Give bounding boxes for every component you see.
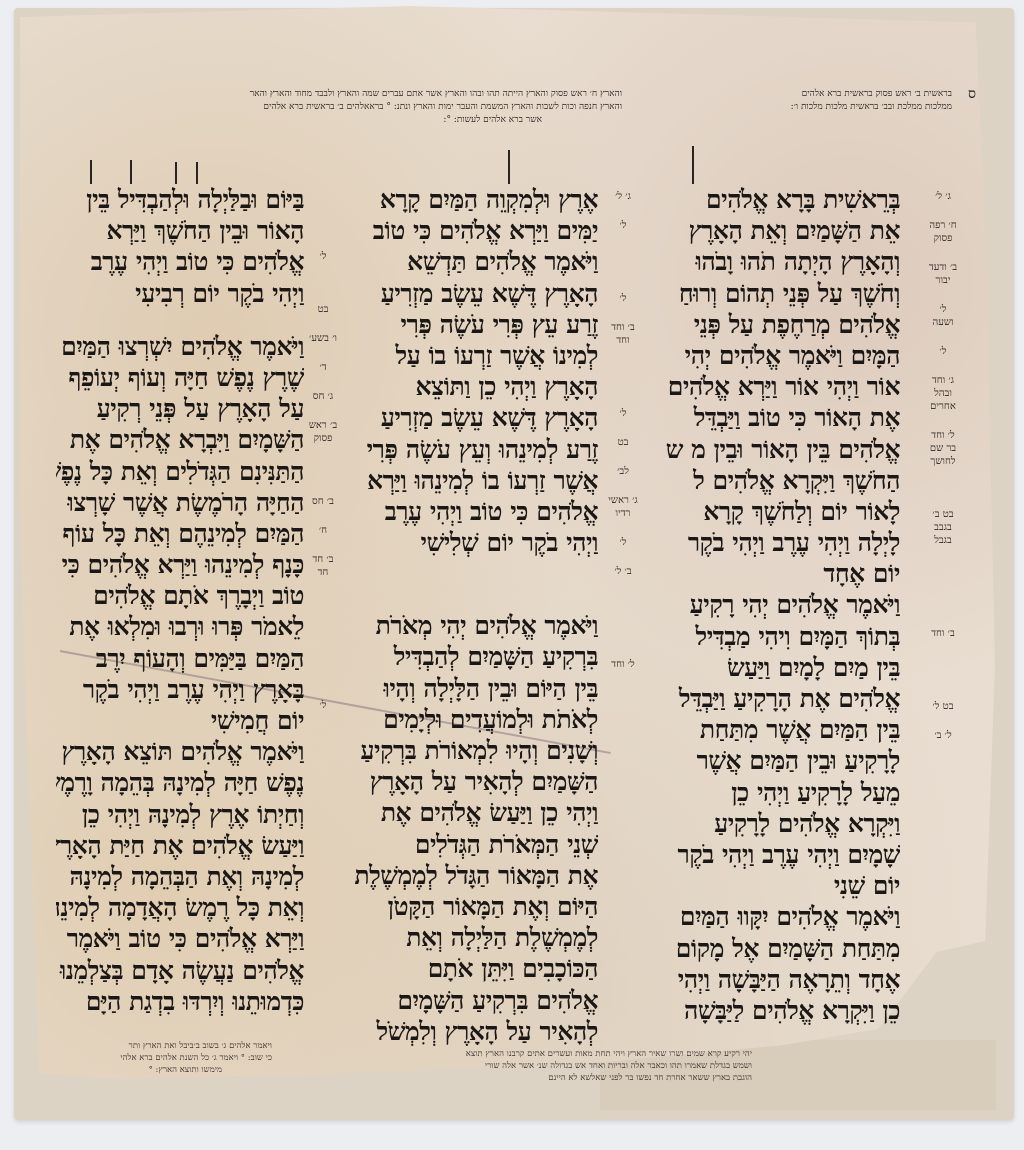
text-line: וַיְהִי בֹקֶר יוֹם שְׁלִישִׁי (348, 527, 598, 558)
text-column-middle: אֶרֶץ וּלְמִקְוֵה הַמַּיִם קָרָא יַמִּים… (348, 184, 598, 1047)
text-line: מֵעַל לָרָקִיעַ וַיְהִי כֵן (655, 777, 900, 808)
text-line: בַּיּוֹם וּבַלַּיְלָה וּלְהַבְדִּיל בֵּי… (56, 184, 304, 215)
page-number: ס (968, 86, 976, 103)
masora-note: ו׳ בשע׳ (308, 332, 338, 345)
masora-note: ג׳ ל׳ (928, 190, 958, 203)
masora-note: ד׳ (308, 361, 338, 374)
text-line: הָאָרֶץ וַיְהִי כֵן וַתּוֹצֵא (348, 371, 598, 402)
text-line: וַיֹּאמֶר אֱלֹהִים יְהִי רָקִיעַ (655, 589, 900, 620)
text-line: אֱלֹהִים כִּי טוֹב וַיְהִי עֶרֶב (348, 496, 598, 527)
masora-top-left: והארץ ח׳ ראש פסוק והארץ הייתה תהו ובהו ו… (62, 88, 622, 127)
masora-note: ל׳ (308, 250, 338, 263)
text-line: יוֹם אֶחָד (655, 558, 900, 589)
text-line: לְמִינָהּ וְאֶת הַבְּהֵמָה לְמִינָהּ (56, 861, 304, 892)
text-line: בֵּין הַמַּיִם אֲשֶׁר מִתַּחַת (655, 714, 900, 745)
masora-note: ב׳ חס (308, 495, 338, 508)
masora-note: בט ב׳ בגבב בגבל (928, 508, 958, 547)
masora-note: ל׳ ב׳ (928, 729, 958, 742)
text-line: הַחַיָּה הָרֹמֶשֶׂת אֲשֶׁר שָׁרְצוּ (56, 487, 304, 518)
text-line: וַיֹּאמֶר אֱלֹהִים יְהִי מְאֹרֹת (348, 610, 598, 641)
masora-middle-left: ל׳ בט ו׳ בשע׳ ד׳ ג׳ חס ב׳ ראש פסוק ב׳ חס… (308, 250, 338, 728)
text-line: הַשָּׁמַיִם לְהָאִיר עַל הָאָרֶץ (348, 766, 598, 797)
text-line: אֱלֹהִים בִּרְקִיעַ הַשָּׁמָיִם (348, 985, 598, 1016)
masora-note: ל׳ וחד (608, 658, 638, 671)
text-line: לְאֹתֹת וּלְמוֹעֲדִים וּלְיָמִים (348, 704, 598, 735)
masora-far-right: ג׳ ל׳ ח׳ רפה פסוק ב׳ ודעד יבור ל׳ ושעה ל… (928, 190, 958, 758)
masora-line: יהי רקיע קרא שמים ושרו שאיר הארץ ויהי תח… (352, 1048, 752, 1060)
masora-note: ל׳ (608, 536, 638, 549)
text-column-right: בְּרֵאשִׁית בָּרָא אֱלֹהִים אֵת הַשָּׁמַ… (655, 184, 900, 1026)
text-line: אֵת הַשָּׁמַיִם וְאֵת הָאָרֶץ (655, 215, 900, 246)
text-line: כִּדְמוּתֵנוּ וְיִרְדּוּ בִדְגַת הַיָּם (56, 986, 304, 1017)
masora-bottom-left: ויאמר אלהים ג׳ בשוב ב׳ביבל ואת הארץ ותר … (62, 1040, 272, 1076)
text-line: כֵן וַיִּקְרָא אֱלֹהִים לַיַּבָּשָׁה (655, 995, 900, 1026)
lamed-ascender (90, 160, 92, 184)
text-line: בְּרֵאשִׁית בָּרָא אֱלֹהִים (655, 184, 900, 215)
lamed-ascender (196, 162, 198, 184)
text-line: וַיַּעַשׂ אֱלֹהִים אֶת חַיַּת הָאָרֶץ (56, 830, 304, 861)
masora-line: והארץ ח׳ ראש פסוק והארץ הייתה תהו ובהו ו… (62, 88, 622, 101)
text-line: הַמַּיִם לְמִינֵהֶם וְאֵת כָּל עוֹף (56, 518, 304, 549)
text-line: אֱלֹהִים אֶת הָרָקִיעַ וַיַּבְדֵּל (655, 683, 900, 714)
text-line: וַיִּקְרָא אֱלֹהִים לָרָקִיעַ (655, 808, 900, 839)
masora-note: ג׳ וחד ובהל אחרים (928, 374, 958, 413)
masora-note: ב׳ ל׳ (608, 565, 638, 578)
text-line: וְחֹשֶׁךְ עַל פְּנֵי תְהוֹם וְרוּחַ (655, 278, 900, 309)
masora-note: ל׳ (608, 407, 638, 420)
text-line: עַל הָאָרֶץ עַל פְּנֵי רְקִיעַ (56, 393, 304, 424)
text-line: לְמִינוֹ אֲשֶׁר זַרְעוֹ בוֹ עַל (348, 340, 598, 371)
text-line: וַיֹּאמֶר אֱלֹהִים תּוֹצֵא הָאָרֶץ (56, 736, 304, 767)
masora-line: כי שוב: ° ויאמר ג׳ כל השנת אלהים ברא אלה… (62, 1052, 272, 1064)
text-line: לֵאמֹר פְּרוּ וּרְבוּ וּמִלְאוּ אֶת (56, 611, 304, 642)
text-line: הַכּוֹכָבִים וַיִּתֵּן אֹתָם (348, 953, 598, 984)
masora-note: ב׳ ראש פסוק (308, 419, 338, 445)
text-line: לְמֶמְשֶׁלֶת הַלַּיְלָה וְאֵת (348, 922, 598, 953)
text-line: הַמַּיִם בַּיַּמִּים וְהָעוֹף יִרֶב (56, 643, 304, 674)
text-line: אֲשֶׁר זַרְעוֹ בוֹ לְמִינֵהוּ וַיַּרְא (348, 465, 598, 496)
masora-bottom-middle: יהי רקיע קרא שמים ושרו שאיר הארץ ויהי תח… (352, 1048, 752, 1084)
masora-note: לב׳ (608, 465, 638, 478)
text-line: אֶת הָאוֹר כִּי טוֹב וַיַּבְדֵּל (655, 402, 900, 433)
text-line: וַיְהִי בֹקֶר יוֹם רְבִיעִי (56, 278, 304, 309)
text-line: שֶׁרֶץ נֶפֶשׁ חַיָּה וְעוֹף יְעוֹפֵף (56, 362, 304, 393)
lamed-ascender (508, 150, 510, 184)
masora-note: ל׳ (608, 292, 638, 305)
text-line: לָאוֹר יוֹם וְלַחֹשֶׁךְ קָרָא (655, 496, 900, 527)
masora-note: ב׳ וחד (928, 627, 958, 640)
text-line: וַיֹּאמֶר אֱלֹהִים יִשְׁרְצוּ הַמַּיִם (56, 331, 304, 362)
text-line: אֶרֶץ וּלְמִקְוֵה הַמַּיִם קָרָא (348, 184, 598, 215)
text-line: אֱלֹהִים נַעֲשֶׂה אָדָם בְּצַלְמֵנוּ (56, 955, 304, 986)
masora-note: ב׳ וחד וחד (608, 321, 638, 347)
masora-right-middle: ג׳ ל׳ ל׳ ל׳ ב׳ וחד וחד ל׳ בט לב׳ ג׳ ראשי… (608, 190, 638, 687)
masora-note: ל׳ וחד בר שם לחושך (928, 429, 958, 468)
text-line: וְחַיְתוֹ אֶרֶץ לְמִינָהּ וַיְהִי כֵן (56, 799, 304, 830)
text-line: וְשָׁנִים וְהָיוּ לִמְאוֹרֹת בִּרְקִיעַ (348, 735, 598, 766)
masora-note: ל׳ ושעה (928, 303, 958, 329)
masora-note: ח׳ רפה פסוק (928, 219, 958, 245)
masora-note: ג׳ ראשי רדיו (608, 494, 638, 520)
masora-note: ב׳ חד חד (308, 553, 338, 579)
text-line: הָאָרֶץ דֶּשֶׁא עֵשֶׂב מַזְרִיעַ (348, 278, 598, 309)
lamed-ascender (175, 162, 177, 184)
text-line: הָאוֹר וּבֵין הַחֹשֶׁךְ וַיַּרְא (56, 215, 304, 246)
text-line: הַשָּׁמָיִם וַיִּבְרָא אֱלֹהִים אֶת (56, 424, 304, 455)
text-line: אֱלֹהִים בֵּין הָאוֹר וּבֵין מ ש (655, 434, 900, 465)
masora-note: ג׳ חס (308, 390, 338, 403)
text-line: אוֹר וַיְהִי אוֹר וַיַּרְא אֱלֹהִים (655, 371, 900, 402)
text-line: וַיַּרְא אֱלֹהִים כִּי טוֹב וַיֹּאמֶר (56, 923, 304, 954)
text-line: וְאֵת כָּל רֶמֶשׂ הָאֲדָמָה לְמִינֵהוּ (56, 892, 304, 923)
masora-line: הוגבת בארץ ששאר אחרת חד נפשו בר לפני שאל… (352, 1072, 752, 1084)
masora-note: ב׳ ודעד יבור (928, 261, 958, 287)
text-line: זֶרַע עֵץ פְּרִי עֹשֶׂה פְּרִי (348, 309, 598, 340)
text-column-left: בַּיּוֹם וּבַלַּיְלָה וּלְהַבְדִּיל בֵּי… (56, 184, 304, 1017)
text-line: יוֹם חֲמִישִׁי (56, 705, 304, 736)
text-line: כָּנָף לְמִינֵהוּ וַיַּרְא אֱלֹהִים כִּי (56, 549, 304, 580)
text-line: לָרָקִיעַ וּבֵין הַמַּיִם אֲשֶׁר (655, 745, 900, 776)
text-line: בֵּין מַיִם לָמָיִם וַיַּעַשׂ (655, 652, 900, 683)
masora-line: אשר ברא אלהים לעשות: °: (62, 114, 622, 127)
text-line: שָׁמָיִם וַיְהִי עֶרֶב וַיְהִי בֹקֶר (655, 839, 900, 870)
text-line: הַתַּנִּינִם הַגְּדֹלִים וְאֵת כָּל נֶפֶ… (56, 456, 304, 487)
masora-line: והארץ חנפה וכות לשבות והארץ המשמת והעבר … (62, 101, 622, 114)
masora-line: בראשית ב׳ ראש פסוק בראשית ברא אלהים (662, 88, 952, 101)
text-line: טוֹב וַיְבָרֶךְ אֹתָם אֱלֹהִים (56, 580, 304, 611)
masora-top-right: בראשית ב׳ ראש פסוק בראשית ברא אלהים ממלכ… (662, 88, 952, 114)
masora-note: בט (608, 436, 638, 449)
masora-note: ג׳ ל׳ (608, 190, 638, 203)
text-line: אֶחָד וְתֵרָאֶה הַיַּבָּשָׁה וַיְהִי (655, 964, 900, 995)
text-line: וַיְהִי כֵן וַיַּעַשׂ אֱלֹהִים אֶת (348, 797, 598, 828)
lamed-ascender (130, 160, 132, 184)
masora-note: בט (308, 303, 338, 316)
text-line: זֶרַע לְמִינֵהוּ וְעֵץ עֹשֶׂה פְּרִי (348, 434, 598, 465)
text-line: וַיֹּאמֶר אֱלֹהִים יִקָּווּ הַמַּיִם (655, 901, 900, 932)
masora-note: ל׳ (308, 699, 338, 712)
masora-line: ויאמר אלהים ג׳ בשוב ב׳ביבל ואת הארץ ותר (62, 1040, 272, 1052)
text-line: הָאָרֶץ דֶּשֶׁא עֵשֶׂב מַזְרִיעַ (348, 402, 598, 433)
masora-note: בט ל׳ (928, 700, 958, 713)
text-line: יוֹם שֵׁנִי (655, 870, 900, 901)
text-line: בְּתוֹךְ הַמָּיִם וִיהִי מַבְדִּיל (655, 621, 900, 652)
text-line: אֱלֹהִים מְרַחֶפֶת עַל פְּנֵי (655, 309, 900, 340)
text-line: בִּרְקִיעַ הַשָּׁמַיִם לְהַבְדִּיל (348, 641, 598, 672)
masora-line: ושמש בגדלת שאמרו תהו וכאבר אלה ובריות וא… (352, 1060, 752, 1072)
masora-note: ח׳ (308, 524, 338, 537)
text-line: לְהָאִיר עַל הָאָרֶץ וְלִמְשֹׁל (348, 1016, 598, 1047)
masora-line: ממלכות ממלכת ובב׳ בראשית מלכות מלכות ו׳: (662, 101, 952, 114)
text-line: מִתַּחַת הַשָּׁמַיִם אֶל מָקוֹם (655, 933, 900, 964)
masora-note: ל׳ (608, 219, 638, 232)
text-line: הַמָּיִם וַיֹּאמֶר אֱלֹהִים יְהִי (655, 340, 900, 371)
lamed-ascender (692, 146, 694, 184)
text-line: בֵּין הַיּוֹם וּבֵין הַלָּיְלָה וְהָיוּ (348, 673, 598, 704)
text-line: אֱלֹהִים כִּי טוֹב וַיְהִי עֶרֶב (56, 246, 304, 277)
masora-line: מימשו ותוצא הארץ: ° (62, 1064, 272, 1076)
text-line: אֶת הַמָּאוֹר הַגָּדֹל לְמֶמְשֶׁלֶת (348, 860, 598, 891)
text-line: יַמִּים וַיַּרְא אֱלֹהִים כִּי טוֹב (348, 215, 598, 246)
text-line: וַיֹּאמֶר אֱלֹהִים תַּדְשֵׁא (348, 246, 598, 277)
text-line: הַחֹשֶׁךְ וַיִּקְרָא אֱלֹהִים ל (655, 465, 900, 496)
text-line: נֶפֶשׁ חַיָּה לְמִינָהּ בְּהֵמָה וָרֶמֶש… (56, 767, 304, 798)
text-line: בָּאָרֶץ וַיְהִי עֶרֶב וַיְהִי בֹקֶר (56, 674, 304, 705)
text-line: וְהָאָרֶץ הָיְתָה תֹהוּ וָבֹהוּ (655, 246, 900, 277)
text-line: לָיְלָה וַיְהִי עֶרֶב וַיְהִי בֹקֶר (655, 527, 900, 558)
text-line: שְׁנֵי הַמְּאֹרֹת הַגְּדֹלִים (348, 829, 598, 860)
masora-note: ל׳ (928, 345, 958, 358)
text-line: הַיּוֹם וְאֶת הַמָּאוֹר הַקָּטֹן (348, 891, 598, 922)
